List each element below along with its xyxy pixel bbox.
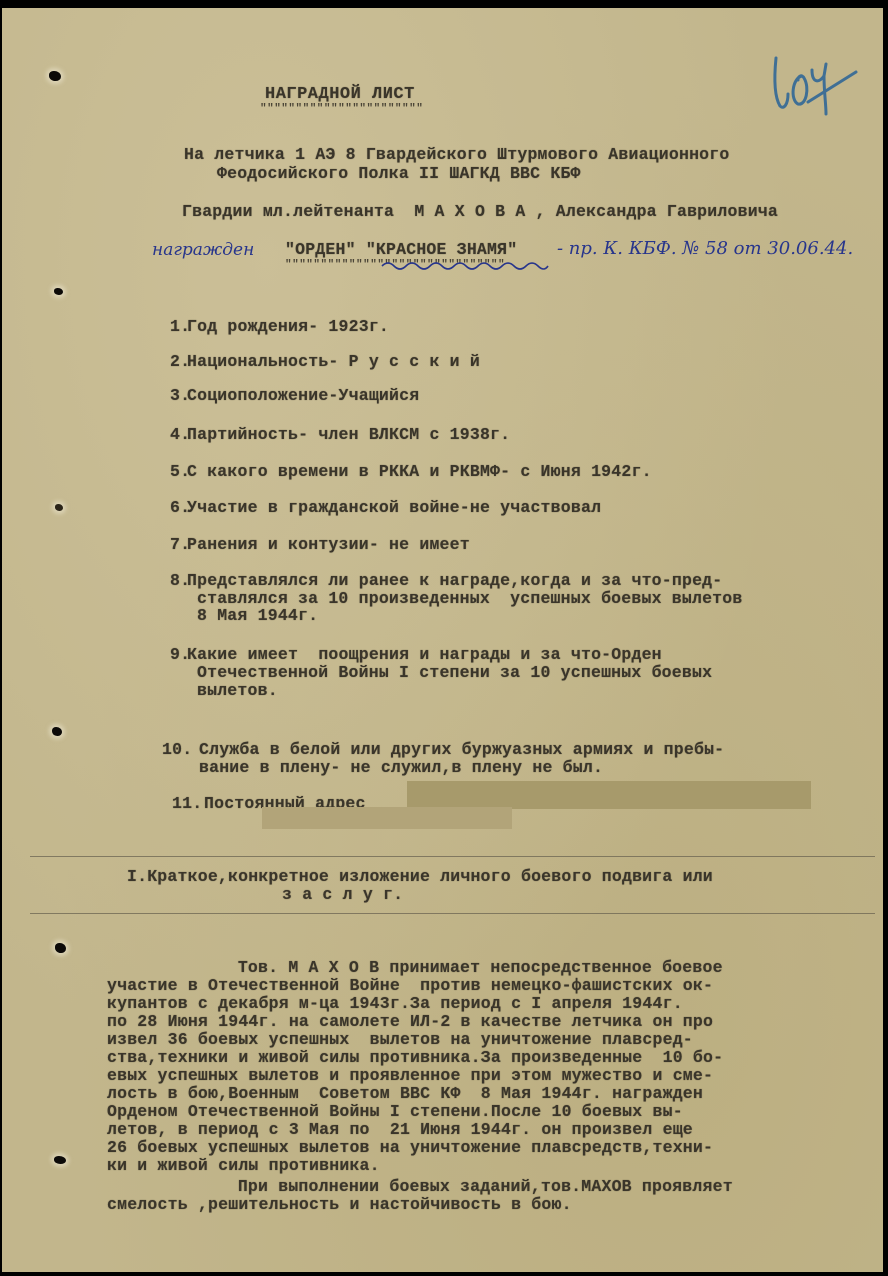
question-9-line-1: Какие имеет поощрения и награды и за что…	[187, 646, 662, 664]
narrative-line: летов, в период с 3 Мая по 21 Июня 1944г…	[107, 1121, 693, 1139]
binding-hole-1	[49, 71, 61, 81]
question-11-number: 11.	[172, 795, 202, 813]
narrative-line: купантов с декабря м-ца 1943г.За период …	[107, 995, 683, 1013]
section-top-rule	[30, 856, 875, 857]
award-sheet-page: НАГРАДНОЙ ЛИСТ """"""""""""""""""""""" Н…	[2, 8, 883, 1272]
question-7-text: Ранения и контузии- не имеет	[187, 536, 470, 554]
narrative-line: лость в бою,Военным Советом ВВС КФ 8 Мая…	[107, 1085, 703, 1103]
section-bottom-rule	[30, 913, 875, 914]
narrative-line: участие в Отечественной Войне против нем…	[107, 977, 713, 995]
narrative-line: ки и живой силы противника.	[107, 1157, 380, 1175]
section-heading-line-2: з а с л у г.	[282, 886, 403, 904]
redacted-address	[407, 781, 811, 809]
archive-number-mark	[768, 48, 863, 118]
question-8-line-1: Представлялся ли ранее к награде,когда и…	[187, 572, 722, 590]
header-line-1: На летчика 1 АЭ 8 Гвардейского Штурмовог…	[184, 146, 730, 164]
narrative-line: 26 боевых успешных вылетов на уничтожени…	[107, 1139, 713, 1157]
section-heading-line-1: I.Краткое,конкретное изложение личного б…	[127, 868, 713, 886]
narrative-line: ства,техники и живой силы противника.За …	[107, 1049, 723, 1067]
question-3-text: Социоположение-Учащийся	[187, 387, 419, 405]
question-2-text: Национальность- Р у с с к и й	[187, 353, 480, 371]
binding-hole-6	[54, 1156, 66, 1164]
question-6-text: Участие в гражданской войне-не участвова…	[187, 499, 601, 517]
title-underline: """""""""""""""""""""""	[260, 103, 423, 115]
narrative-line: извел 36 боевых успешных вылетов на унич…	[107, 1031, 693, 1049]
narrative-line: При выполнении боевых заданий,тов.МАХОВ …	[157, 1178, 733, 1196]
question-8-line-3: 8 Мая 1944г.	[197, 607, 318, 625]
award-handwritten-prefix: награжден	[152, 240, 254, 260]
narrative-line: Орденом Отечественной Войны I степени.По…	[107, 1103, 683, 1121]
narrative-line: Тов. М А Х О В принимает непосредственно…	[157, 959, 723, 977]
question-10-line-2: вание в плену- не служил,в плену не был.	[199, 759, 603, 777]
binding-hole-4	[52, 727, 62, 736]
question-10-number: 10.	[162, 741, 192, 759]
question-10-line-1: Служба в белой или других буржуазных арм…	[199, 741, 724, 759]
narrative-line: по 28 Июня 1944г. на самолете ИЛ-2 в кач…	[107, 1013, 713, 1031]
question-1-text: Год рождения- 1923г.	[187, 318, 389, 336]
question-5-text: С какого времени в РККА и РКВМФ- с Июня …	[187, 463, 652, 481]
archive-number-icon	[768, 48, 863, 118]
binding-hole-5	[55, 943, 66, 953]
question-4-text: Партийность- член ВЛКСМ с 1938г.	[187, 426, 510, 444]
document-title: НАГРАДНОЙ ЛИСТ	[265, 86, 415, 104]
question-9-line-3: вылетов.	[197, 682, 278, 700]
award-order-reference: - пр. К. КБФ. № 58 от 30.06.44.	[557, 238, 853, 259]
binding-hole-3	[55, 504, 63, 511]
redacted-address-continuation	[262, 807, 512, 829]
award-typed: "ОРДЕН" "КРАСНОЕ ЗНАМЯ"	[285, 241, 517, 259]
recipient-rank-name: Гвардии мл.лейтенанта М А Х О В А , Алек…	[182, 203, 778, 221]
award-wavy-underline	[380, 258, 550, 272]
narrative-line: евых успешных вылетов и проявленное при …	[107, 1067, 713, 1085]
binding-hole-2	[54, 288, 63, 295]
question-9-line-2: Отечественной Войны I степени за 10 успе…	[197, 664, 712, 682]
narrative-line: смелость ,решительность и настойчивость …	[107, 1196, 572, 1214]
header-line-2: Феодосийского Полка II ШАГКД ВВС КБФ	[217, 165, 581, 183]
